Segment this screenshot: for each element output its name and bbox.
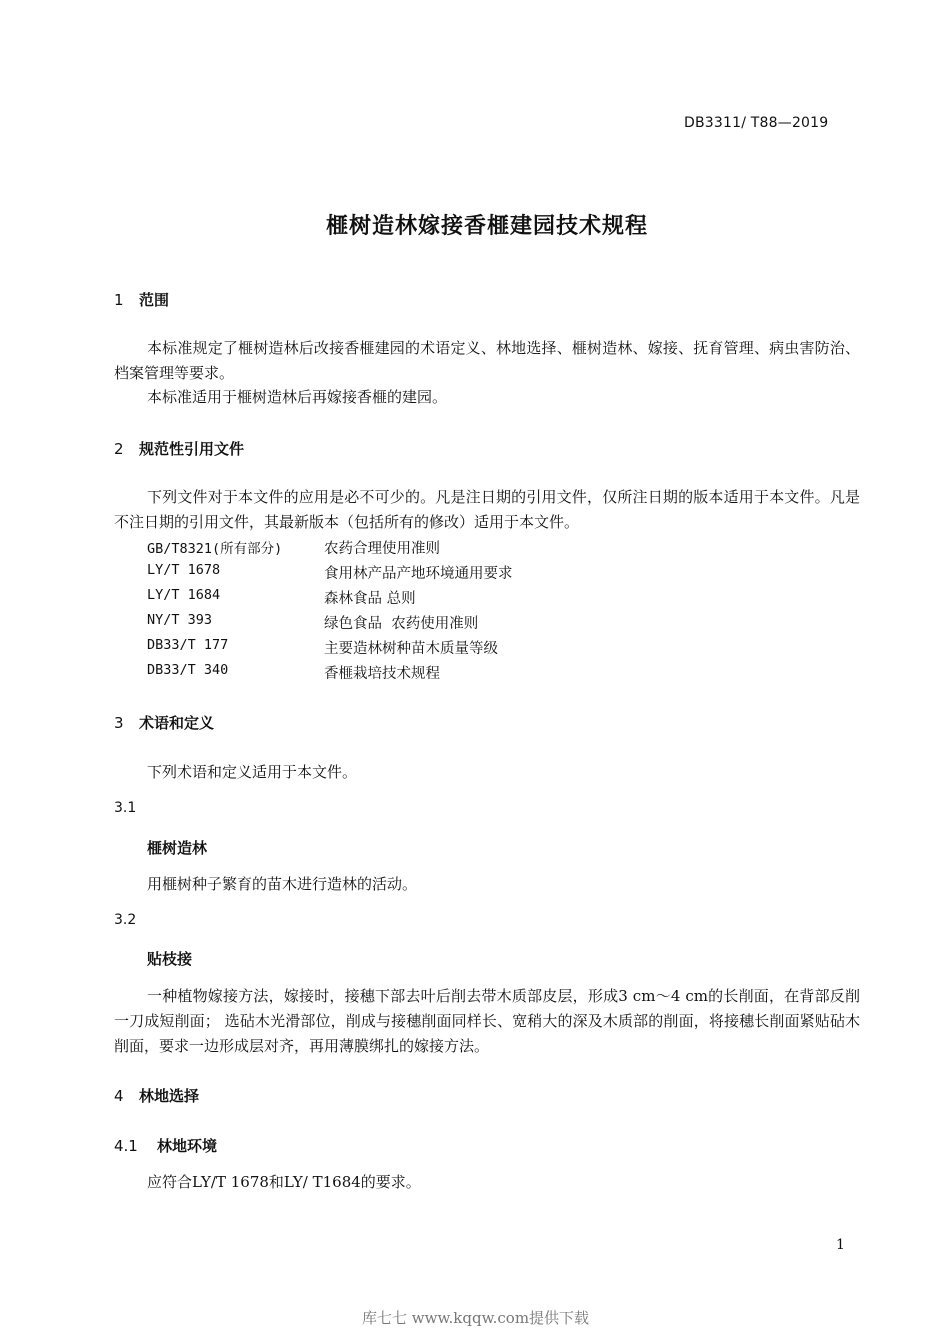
reference-row: NY/T 393 绿色食品 农药使用准则 [147,612,747,637]
reference-row: GB/T8321(所有部分) 农药合理使用准则 [147,537,747,562]
section-1-heading: 1范围 [114,289,169,310]
reference-name: 森林食品 总则 [324,587,416,608]
term-definition: 一种植物嫁接方法，嫁接时，接穗下部去叶后削去带木质部皮层，形成3 cm～4 cm… [114,984,860,1059]
section-title: 规范性引用文件 [139,440,244,458]
reference-row: DB33/T 177 主要造林树种苗木质量等级 [147,637,747,662]
reference-name: 食用林产品产地环境通用要求 [324,562,513,583]
reference-name: 绿色食品 农药使用准则 [324,612,478,633]
reference-code: DB33/T 340 [147,662,228,678]
term-definition: 用榧树种子繁育的苗木进行造林的活动。 [114,872,860,897]
section-title: 范围 [139,291,169,309]
section-number: 3 [114,714,139,732]
section-number: 1 [114,291,139,309]
paragraph: 应符合LY/T 1678和LY/ T1684的要求。 [114,1170,860,1195]
page-number: 1 [836,1237,845,1253]
reference-name: 农药合理使用准则 [324,537,440,558]
paragraph: 下列术语和定义适用于本文件。 [114,760,860,785]
reference-code: LY/T 1684 [147,587,220,603]
subsection-number: 4.1 [114,1137,157,1155]
document-id: DB3311/ T88—2019 [684,115,828,131]
paragraph: 下列文件对于本文件的应用是必不可少的。凡是注日期的引用文件，仅所注日期的版本适用… [114,485,860,535]
reference-name: 香榧栽培技术规程 [324,662,440,683]
reference-name: 主要造林树种苗木质量等级 [324,637,498,658]
reference-code: GB/T8321(所有部分) [147,537,282,557]
section-number: 2 [114,440,139,458]
term-title: 贴枝接 [147,948,192,969]
reference-row: LY/T 1678 食用林产品产地环境通用要求 [147,562,747,587]
term-title: 榧树造林 [147,837,207,858]
term-number: 3.1 [114,800,136,816]
paragraph: 本标准规定了榧树造林后改接香榧建园的术语定义、林地选择、榧树造林、嫁接、抚育管理… [114,336,860,386]
reference-code: LY/T 1678 [147,562,220,578]
reference-row: DB33/T 340 香榧栽培技术规程 [147,662,747,687]
subsection-title: 林地环境 [157,1137,217,1155]
term-number: 3.2 [114,912,136,928]
section-4-heading: 4林地选择 [114,1085,199,1106]
section-title: 术语和定义 [139,714,214,732]
page-title: 榧树造林嫁接香榧建园技术规程 [0,209,950,240]
section-number: 4 [114,1087,139,1105]
download-source-footer: 库七七 www.kqqw.com提供下载 [362,1307,589,1328]
reference-row: LY/T 1684 森林食品 总则 [147,587,747,612]
section-title: 林地选择 [139,1087,199,1105]
reference-code: NY/T 393 [147,612,212,628]
reference-code: DB33/T 177 [147,637,228,653]
paragraph: 本标准适用于榧树造林后再嫁接香榧的建园。 [114,385,860,410]
section-2-heading: 2规范性引用文件 [114,438,244,459]
section-3-heading: 3术语和定义 [114,712,214,733]
subsection-4-1-heading: 4.1林地环境 [114,1135,217,1156]
